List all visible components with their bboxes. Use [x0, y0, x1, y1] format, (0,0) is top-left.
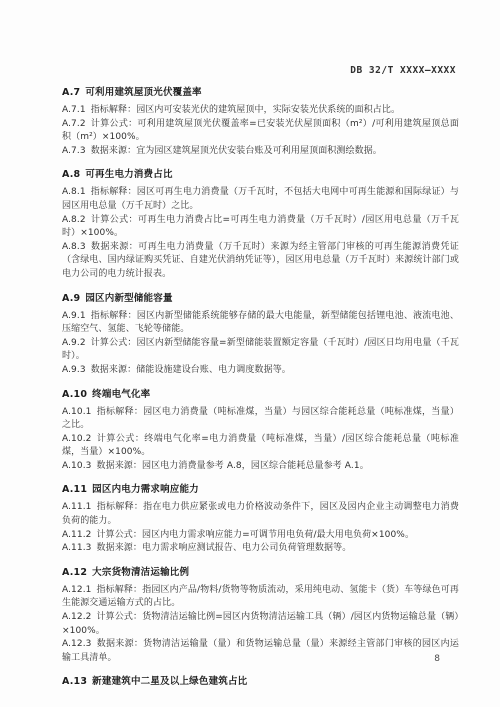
standard-code: DB 32/T XXXX—XXXX	[350, 65, 456, 76]
clause-text: 指标解释：园区电力消费量（吨标准煤，当量）与园区综合能耗总量（吨标准煤，当量）之…	[62, 407, 459, 431]
clause-text: 计算公式：可再生电力消费占比=可再生电力消费量（万千瓦时）/园区用电总量（万千瓦…	[62, 215, 459, 239]
clause: A.9.3数据来源：储能设施建设台账、电力调度数据等。	[62, 364, 459, 378]
section-heading: A.10终端电气化率	[62, 388, 459, 401]
clause: A.12.1指标解释：指园区内产品/物料/货物等物质流动，采用纯电动、氢能卡（货…	[62, 584, 459, 611]
clause-number: A.10.1	[62, 407, 92, 417]
clause: A.8.3数据来源：可再生电力消费量（万千瓦时）来源为经主管部门审核的可再生能源…	[62, 241, 459, 282]
clause-number: A.12.2	[62, 612, 92, 622]
clause-number: A.12.1	[62, 585, 92, 595]
clause-number: A.8.1	[62, 187, 86, 197]
section: A.13新建建筑中二星及以上绿色建筑占比	[62, 675, 459, 688]
section-title: 园区内电力需求响应能力	[92, 484, 199, 495]
section: A.9园区内新型储能容量 A.9.1指标解释：园区内新型储能系统能够存储的最大电…	[62, 292, 459, 378]
section: A.10终端电气化率 A.10.1指标解释：园区电力消费量（吨标准煤，当量）与园…	[62, 388, 459, 474]
section-title: 可利用建筑屋顶光伏覆盖率	[85, 87, 201, 98]
document-page: DB 32/T XXXX—XXXX A.7可利用建筑屋顶光伏覆盖率 A.7.1指…	[0, 0, 500, 707]
clause: A.11.2计算公式：园区内电力需求响应能力=可调节用电负荷/最大用电负荷×10…	[62, 529, 459, 543]
clause-text: 指标解释：园区内新型储能系统能够存储的最大电能量，新型储能包括锂电池、液流电池、…	[62, 311, 459, 335]
section-title: 园区内新型储能容量	[85, 293, 172, 304]
clause-text: 计算公式：货物清洁运输比例=园区内货物清洁运输工具（辆）/园区内货物运输总量（辆…	[62, 612, 459, 636]
clause-text: 数据来源：宜为园区建筑屋顶光伏安装台账及可利用屋顶面积测绘数据。	[91, 146, 382, 156]
clause: A.12.3数据来源：货物清洁运输量（量）和货物运输总量（量）来源经主管部门审核…	[62, 638, 459, 665]
section-title: 新建建筑中二星及以上绿色建筑占比	[92, 676, 247, 687]
clause: A.10.1指标解释：园区电力消费量（吨标准煤，当量）与园区综合能耗总量（吨标准…	[62, 406, 459, 433]
clause-number: A.7.2	[62, 119, 86, 129]
clause-text: 计算公式：园区内新型储能容量=新型储能装置额定容量（千瓦时）/园区日均用电量（千…	[62, 338, 459, 362]
document-content: A.7可利用建筑屋顶光伏覆盖率 A.7.1指标解释：园区内可安装光伏的建筑屋顶中…	[62, 80, 459, 693]
clause-number: A.9.2	[62, 338, 86, 348]
section: A.8可再生电力消费占比 A.8.1指标解释：园区可再生电力消费量（万千瓦时，不…	[62, 168, 459, 281]
page-footer: 8	[434, 646, 440, 665]
clause-text: 指标解释：指园区内产品/物料/货物等物质流动，采用纯电动、氢能卡（货）车等绿色可…	[62, 585, 459, 609]
section: A.11园区内电力需求响应能力 A.11.1指标解释：指在电力供应紧张或电力价格…	[62, 483, 459, 555]
section-heading: A.11园区内电力需求响应能力	[62, 483, 459, 496]
section-heading: A.13新建建筑中二星及以上绿色建筑占比	[62, 675, 459, 688]
section-title: 可再生电力消费占比	[85, 169, 172, 180]
section-heading: A.12大宗货物清洁运输比例	[62, 566, 459, 579]
clause: A.10.3数据来源：园区电力消费量参考 A.8，园区综合能耗总量参考 A.1。	[62, 460, 459, 474]
section-number: A.12	[62, 567, 87, 578]
page-number: 8	[434, 654, 440, 664]
clause-number: A.10.2	[62, 434, 92, 444]
section: A.7可利用建筑屋顶光伏覆盖率 A.7.1指标解释：园区内可安装光伏的建筑屋顶中…	[62, 86, 459, 158]
section-heading: A.8可再生电力消费占比	[62, 168, 459, 181]
section-number: A.8	[62, 169, 80, 180]
section-heading: A.9园区内新型储能容量	[62, 292, 459, 305]
section: A.12大宗货物清洁运输比例 A.12.1指标解释：指园区内产品/物料/货物等物…	[62, 566, 459, 666]
clause-number: A.11.3	[62, 543, 92, 553]
clause: A.8.2计算公式：可再生电力消费占比=可再生电力消费量（万千瓦时）/园区用电总…	[62, 214, 459, 241]
section-number: A.9	[62, 293, 80, 304]
section-title: 大宗货物清洁运输比例	[92, 567, 189, 578]
clause: A.8.1指标解释：园区可再生电力消费量（万千瓦时，不包括大电网中可再生能源和国…	[62, 186, 459, 213]
section-title: 终端电气化率	[92, 389, 150, 400]
clause-number: A.9.1	[62, 311, 86, 321]
clause-text: 计算公式：园区内电力需求响应能力=可调节用电负荷/最大用电负荷×100%。	[97, 530, 415, 540]
clause-text: 数据来源：电力需求响应测试报告、电力公司负荷管理数据等。	[97, 543, 352, 553]
clause-text: 指标解释：园区可再生电力消费量（万千瓦时，不包括大电网中可再生能源和国际绿证）与…	[62, 187, 459, 211]
section-number: A.7	[62, 87, 80, 98]
clause-number: A.7.1	[62, 105, 86, 115]
section-heading: A.7可利用建筑屋顶光伏覆盖率	[62, 86, 459, 99]
clause-number: A.8.2	[62, 215, 86, 225]
clause-number: A.10.3	[62, 461, 92, 471]
clause: A.10.2计算公式：终端电气化率=电力消费量（吨标准煤，当量）/园区综合能耗总…	[62, 433, 459, 460]
clause: A.11.1指标解释：指在电力供应紧张或电力价格波动条件下，园区及园内企业主动调…	[62, 501, 459, 528]
clause-number: A.8.3	[62, 242, 86, 252]
clause: A.9.2计算公式：园区内新型储能容量=新型储能装置额定容量（千瓦时）/园区日均…	[62, 337, 459, 364]
clause: A.11.3数据来源：电力需求响应测试报告、电力公司负荷管理数据等。	[62, 542, 459, 556]
page-header: DB 32/T XXXX—XXXX	[62, 58, 456, 77]
clause-number: A.9.3	[62, 365, 86, 375]
clause-number: A.12.3	[62, 639, 92, 649]
section-number: A.10	[62, 389, 87, 400]
clause-text: 计算公式：终端电气化率=电力消费量（吨标准煤，当量）/园区综合能耗总量（吨标准煤…	[62, 434, 459, 458]
section-number: A.13	[62, 676, 87, 687]
clause-text: 计算公式：可利用建筑屋顶光伏覆盖率=已安装光伏屋顶面积（m²）/可利用建筑屋顶总…	[62, 119, 459, 143]
clause-text: 数据来源：可再生电力消费量（万千瓦时）来源为经主管部门审核的可再生能源消费凭证（…	[62, 242, 459, 279]
clause: A.7.3数据来源：宜为园区建筑屋顶光伏安装台账及可利用屋顶面积测绘数据。	[62, 145, 459, 159]
clause-text: 数据来源：园区电力消费量参考 A.8，园区综合能耗总量参考 A.1。	[97, 461, 369, 471]
clause: A.12.2计算公式：货物清洁运输比例=园区内货物清洁运输工具（辆）/园区内货物…	[62, 611, 459, 638]
clause-number: A.11.2	[62, 530, 92, 540]
clause: A.9.1指标解释：园区内新型储能系统能够存储的最大电能量，新型储能包括锂电池、…	[62, 310, 459, 337]
clause-text: 数据来源：储能设施建设台账、电力调度数据等。	[91, 365, 291, 375]
clause-text: 指标解释：指在电力供应紧张或电力价格波动条件下，园区及园内企业主动调整电力消费负…	[62, 502, 459, 526]
clause-text: 指标解释：园区内可安装光伏的建筑屋顶中，实际安装光伏系统的面积占比。	[91, 105, 400, 115]
clause: A.7.2计算公式：可利用建筑屋顶光伏覆盖率=已安装光伏屋顶面积（m²）/可利用…	[62, 118, 459, 145]
clause-number: A.7.3	[62, 146, 86, 156]
clause-text: 数据来源：货物清洁运输量（量）和货物运输总量（量）来源经主管部门审核的园区内运输…	[62, 639, 459, 663]
section-number: A.11	[62, 484, 87, 495]
clause: A.7.1指标解释：园区内可安装光伏的建筑屋顶中，实际安装光伏系统的面积占比。	[62, 104, 459, 118]
clause-number: A.11.1	[62, 502, 92, 512]
